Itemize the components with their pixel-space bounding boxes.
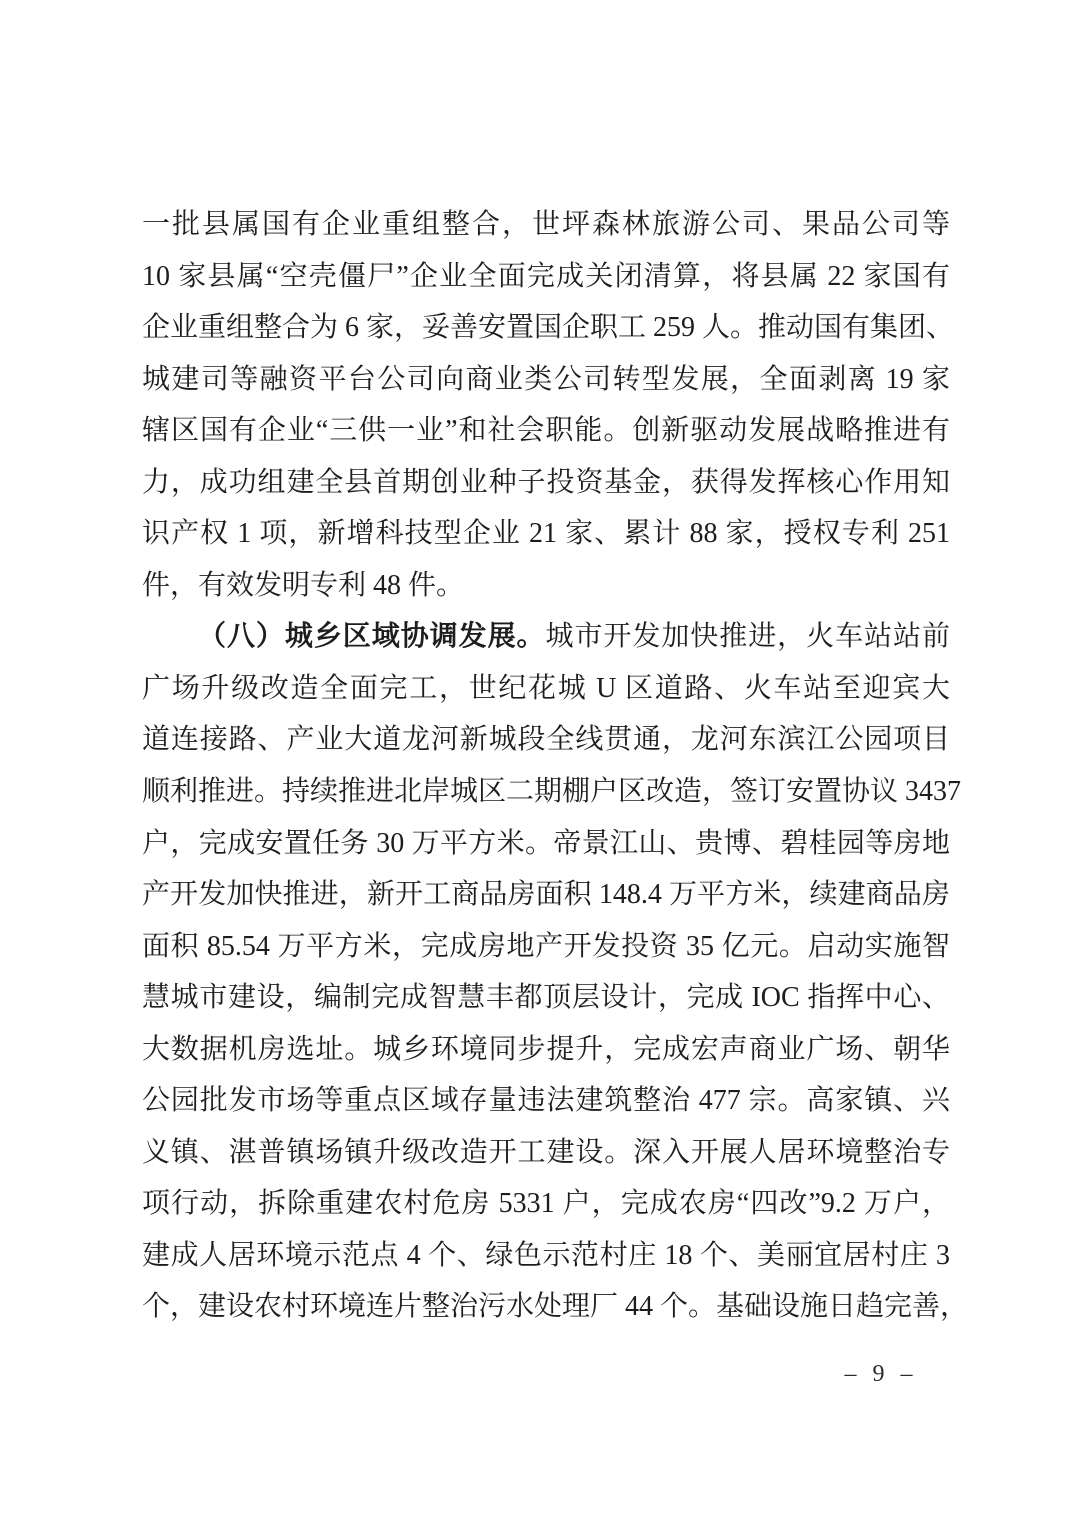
text-line: 件，有效发明专利 48 件。 — [142, 560, 950, 612]
text-line: 面积 85.54 万平方米，完成房地产开发投资 35 亿元。启动实施智 — [142, 921, 950, 973]
text-line: 力，成功组建全县首期创业种子投资基金，获得发挥核心作用知 — [142, 457, 950, 509]
section-first-line-text: 城市开发加快推进，火车站站前 — [546, 621, 950, 652]
text-line: 广场升级改造全面完工，世纪花城 U 区道路、火车站至迎宾大 — [142, 663, 950, 715]
text-line: 辖区国有企业“三供一业”和社会职能。创新驱动发展战略推进有 — [142, 405, 950, 457]
page-number: – 9 – — [801, 1356, 961, 1392]
paragraph-first-line: （八）城乡区域协调发展。城市开发加快推进，火车站站前 — [142, 611, 950, 663]
text-line: 识产权 1 项，新增科技型企业 21 家、累计 88 家，授权专利 251 — [142, 508, 950, 560]
text-line: 户，完成安置任务 30 万平方米。帝景江山、贵博、碧桂园等房地 — [142, 818, 950, 870]
text-line: 个，建设农村环境连片整治污水处理厂 44 个。基础设施日趋完善， — [142, 1281, 950, 1333]
text-line: 项行动，拆除重建农村危房 5331 户，完成农房“四改”9.2 万户， — [142, 1178, 950, 1230]
text-line: 义镇、湛普镇场镇升级改造开工建设。深入开展人居环境整治专 — [142, 1127, 950, 1179]
text-line: 企业重组整合为 6 家，妥善安置国企职工 259 人。推动国有集团、 — [142, 302, 950, 354]
text-line: 10 家县属“空壳僵尸”企业全面完成关闭清算，将县属 22 家国有 — [142, 251, 950, 303]
document-page: 一批县属国有企业重组整合，世坪森林旅游公司、果品公司等 10 家县属“空壳僵尸”… — [0, 0, 1074, 1520]
text-line: 道连接路、产业大道龙河新城段全线贯通，龙河东滨江公园项目 — [142, 714, 950, 766]
body-text: 一批县属国有企业重组整合，世坪森林旅游公司、果品公司等 10 家县属“空壳僵尸”… — [142, 199, 950, 1333]
section-heading: （八）城乡区域协调发展。 — [198, 621, 546, 652]
text-line: 顺利推进。持续推进北岸城区二期棚户区改造，签订安置协议 3437 — [142, 766, 950, 818]
text-line: 城建司等融资平台公司向商业类公司转型发展，全面剥离 19 家 — [142, 354, 950, 406]
text-line: 公园批发市场等重点区域存量违法建筑整治 477 宗。高家镇、兴 — [142, 1075, 950, 1127]
text-line: 大数据机房选址。城乡环境同步提升，完成宏声商业广场、朝华 — [142, 1024, 950, 1076]
text-line: 建成人居环境示范点 4 个、绿色示范村庄 18 个、美丽宜居村庄 3 — [142, 1230, 950, 1282]
text-line: 一批县属国有企业重组整合，世坪森林旅游公司、果品公司等 — [142, 199, 950, 251]
text-line: 产开发加快推进，新开工商品房面积 148.4 万平方米，续建商品房 — [142, 869, 950, 921]
text-line: 慧城市建设，编制完成智慧丰都顶层设计，完成 IOC 指挥中心、 — [142, 972, 950, 1024]
